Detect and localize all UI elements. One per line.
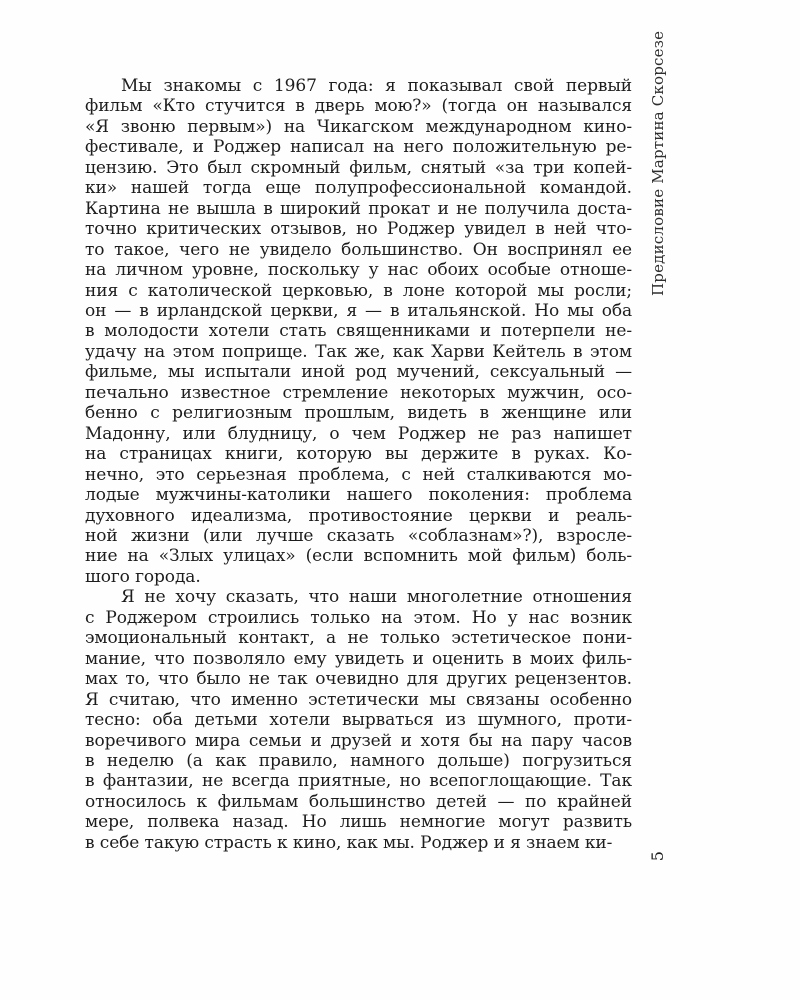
text-line: удачу на этом поприще. Так же, как Харви… bbox=[85, 342, 632, 362]
text-line: фильме, мы испытали иной род мучений, се… bbox=[85, 362, 632, 382]
text-line: точно критических отзывов, но Роджер уви… bbox=[85, 219, 632, 239]
text-line: в неделю (а как правило, намного дольше)… bbox=[85, 751, 632, 771]
text-body: Мы знакомы с 1967 года: я показывал свой… bbox=[85, 76, 632, 853]
text-line: духовного идеализма, противостояние церк… bbox=[85, 506, 632, 526]
text-line: шого города. bbox=[85, 567, 632, 587]
text-line: печально известное стремление некоторых … bbox=[85, 383, 632, 403]
text-line: Мадонну, или блудницу, о чем Роджер не р… bbox=[85, 424, 632, 444]
text-line: мах то, что было не так очевидно для дру… bbox=[85, 669, 632, 689]
text-line: в фантазии, не всегда приятные, но всепо… bbox=[85, 771, 632, 791]
page-number: 5 bbox=[648, 851, 667, 861]
text-line: воречивого мира семьи и друзей и хотя бы… bbox=[85, 731, 632, 751]
paragraph: Мы знакомы с 1967 года: я показывал свой… bbox=[85, 76, 632, 587]
text-line: ки» нашей тогда еще полупрофессиональной… bbox=[85, 178, 632, 198]
book-page: Мы знакомы с 1967 года: я показывал свой… bbox=[0, 0, 800, 1000]
text-line: ние на «Злых улицах» (если вспомнить мой… bbox=[85, 546, 632, 566]
text-line: ния с католической церковью, в лоне кото… bbox=[85, 281, 632, 301]
text-line: мере, полвека назад. Но лишь немногие мо… bbox=[85, 812, 632, 832]
text-line: относилось к фильмам большинство детей —… bbox=[85, 792, 632, 812]
running-head: Предисловие Мартина Скорсезе bbox=[649, 72, 667, 296]
paragraph: Я не хочу сказать, что наши многолетние … bbox=[85, 587, 632, 853]
text-line: на страницах книги, которую вы держите в… bbox=[85, 444, 632, 464]
text-line: на личном уровне, поскольку у нас обоих … bbox=[85, 260, 632, 280]
text-line: бенно с религиозным прошлым, видеть в же… bbox=[85, 403, 632, 423]
text-line: Картина не вышла в широкий прокат и не п… bbox=[85, 199, 632, 219]
text-line: мание, что позволяло ему увидеть и оцени… bbox=[85, 649, 632, 669]
text-line: Я не хочу сказать, что наши многолетние … bbox=[85, 587, 632, 607]
text-line: цензию. Это был скромный фильм, снятый «… bbox=[85, 158, 632, 178]
text-line: эмоциональный контакт, а не только эстет… bbox=[85, 628, 632, 648]
text-line: ной жизни (или лучше сказать «соблазнам»… bbox=[85, 526, 632, 546]
text-line: нечно, это серьезная проблема, с ней ста… bbox=[85, 465, 632, 485]
text-line: тесно: оба детьми хотели вырваться из шу… bbox=[85, 710, 632, 730]
text-line: лодые мужчины-католики нашего поколения:… bbox=[85, 485, 632, 505]
text-line: фестивале, и Роджер написал на него поло… bbox=[85, 137, 632, 157]
text-line: Я считаю, что именно эстетически мы связ… bbox=[85, 690, 632, 710]
text-line: с Роджером строились только на этом. Но … bbox=[85, 608, 632, 628]
text-line: то такое, чего не увидело большинство. О… bbox=[85, 240, 632, 260]
text-line: Мы знакомы с 1967 года: я показывал свой… bbox=[85, 76, 632, 96]
text-line: в себе такую страсть к кино, как мы. Род… bbox=[85, 833, 632, 853]
text-line: в молодости хотели стать священниками и … bbox=[85, 321, 632, 341]
text-line: «Я звоню первым») на Чикагском междунаро… bbox=[85, 117, 632, 137]
text-line: он — в ирландской церкви, я — в итальянс… bbox=[85, 301, 632, 321]
text-line: фильм «Кто стучится в дверь мою?» (тогда… bbox=[85, 96, 632, 116]
